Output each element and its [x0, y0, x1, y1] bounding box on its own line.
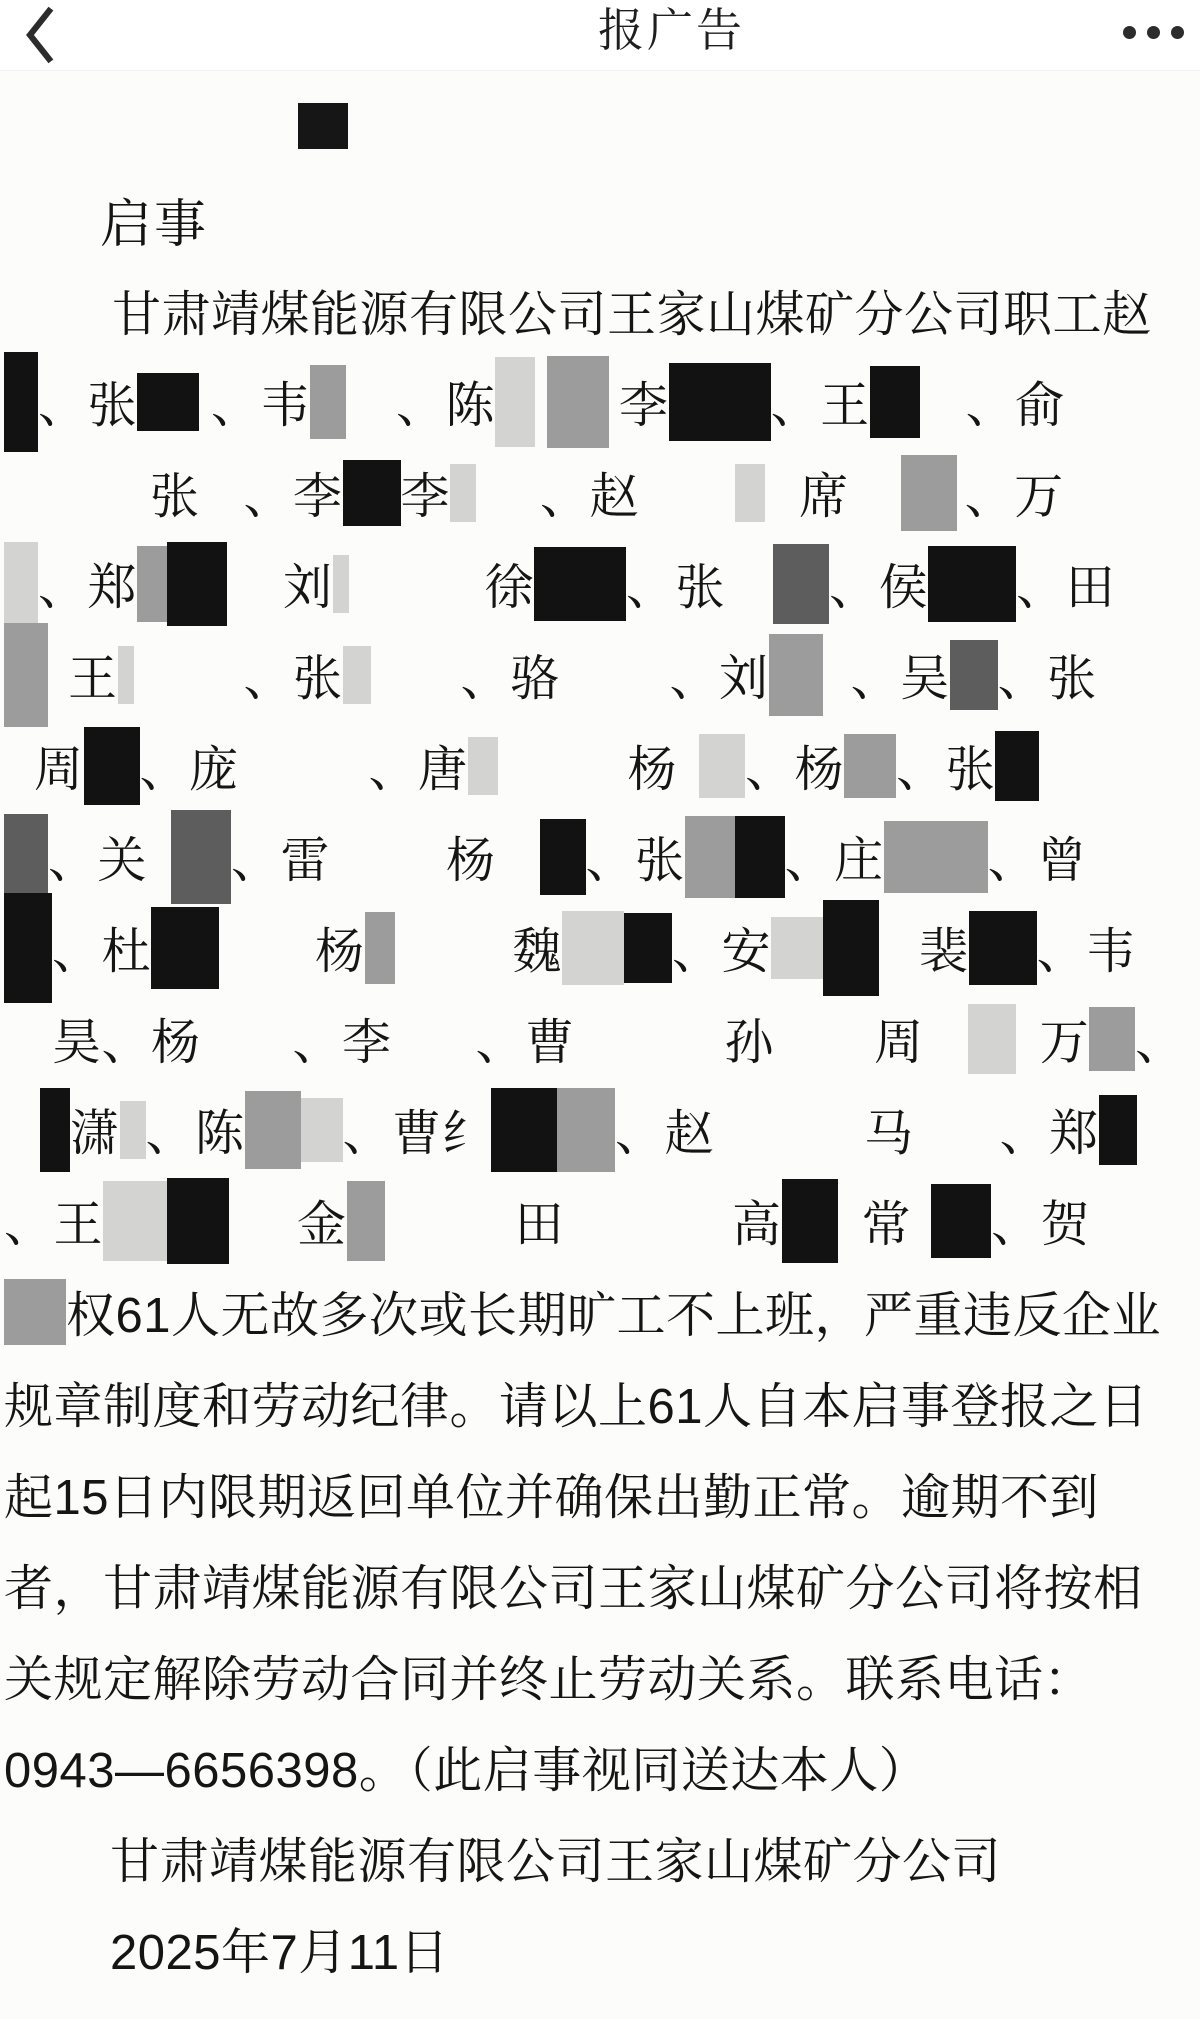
redaction-box: [491, 1088, 557, 1172]
redaction-box: [167, 542, 227, 626]
redaction-box: [562, 911, 624, 985]
redaction-box: [137, 373, 199, 431]
notice-text: 、唐: [369, 731, 468, 801]
redaction-box: [298, 103, 348, 149]
names-line-6: 、关、雷杨、张、庄、曾: [4, 811, 1200, 902]
notice-text: 、庄: [785, 822, 884, 892]
names-line-2: 张、李李、赵席、万: [4, 447, 1200, 538]
notice-text: 周: [34, 731, 84, 801]
notice-text: 、贺: [991, 1186, 1090, 1256]
ellipsis-icon: [1147, 26, 1160, 39]
redaction-box: [884, 821, 988, 893]
redaction-box: [245, 1091, 301, 1169]
notice-text: 、张: [38, 367, 137, 437]
body-line-6: 0943—6656398。（此启事视同送达本人）: [4, 1721, 1200, 1812]
redaction-box: [624, 913, 672, 983]
notice-text: 张: [150, 458, 200, 528]
notice-text: 、庞: [140, 731, 239, 801]
notice-text: 、侯: [829, 549, 928, 619]
redaction-box: [928, 546, 1016, 622]
notice-text: 、万: [965, 458, 1064, 528]
redaction-box: [870, 366, 920, 438]
notice-text: 、陈: [396, 367, 495, 437]
notice-text: 、骆: [461, 640, 560, 710]
redaction-box: [4, 1279, 66, 1345]
redaction-box: [735, 816, 785, 898]
page-title: 报广告: [598, 4, 745, 56]
navbar: 报广告: [0, 0, 1200, 70]
notice-text: 2025年7月11日: [110, 1914, 449, 1984]
notice-text: 杨: [315, 913, 365, 983]
redaction-box: [669, 363, 771, 441]
redaction-box: [540, 819, 586, 895]
redaction-box: [4, 542, 38, 626]
notice-text: 刘: [283, 549, 333, 619]
redaction-box: [120, 1101, 146, 1159]
redaction-box: [103, 1181, 167, 1261]
names-line-4: 王、张、骆、刘、吴、张: [4, 629, 1200, 720]
redaction-box: [901, 455, 957, 531]
notice-text: 起15日内限期返回单位并确保出勤正常。逾期不到: [4, 1459, 1099, 1529]
names-line-7: 、杜杨魏、安裴、韦: [4, 902, 1200, 993]
screen: 报广告 启事 甘肃靖煤能源有限公司王家山煤矿分公司职工赵、张、韦、陈李、王、俞张…: [0, 0, 1200, 2020]
notice-text: 、张: [244, 640, 343, 710]
notice-text: 、关: [48, 822, 147, 892]
notice-text: 、曹: [476, 1004, 575, 1074]
notice-text: 、杜: [52, 913, 151, 983]
redaction-box: [931, 1184, 991, 1258]
notice-text: 关规定解除劳动合同并终止劳动关系。联系电话：: [4, 1641, 1093, 1711]
notice-text: 、张: [998, 640, 1097, 710]
notice-text: 、曾: [988, 822, 1087, 892]
redaction-box: [782, 1179, 838, 1263]
redaction-box: [310, 365, 346, 439]
notice-text: 李: [401, 458, 451, 528]
notice-text: 潇: [70, 1095, 120, 1165]
redaction-box: [699, 734, 745, 798]
notice-text: 席: [799, 458, 849, 528]
redaction-box: [301, 1098, 343, 1162]
notice-text: 、李: [293, 1004, 392, 1074]
redaction-box: [771, 917, 823, 979]
notice-text: 甘肃靖煤能源有限公司王家山煤矿分公司职工赵: [112, 276, 1152, 346]
notice-text: 杨: [628, 731, 678, 801]
notice-text: 金: [297, 1186, 347, 1256]
redaction-box: [773, 544, 829, 624]
redaction-box: [685, 816, 735, 898]
notice-text: 田: [515, 1186, 565, 1256]
notice-text: 、曹纟: [343, 1095, 492, 1165]
redaction-box: [137, 546, 167, 622]
notice-text: 周: [874, 1004, 924, 1074]
notice-text: 、俞: [966, 367, 1065, 437]
chevron-left-icon: [20, 4, 60, 66]
redaction-box: [171, 810, 231, 904]
body-line-5: 关规定解除劳动合同并终止劳动关系。联系电话：: [4, 1630, 1200, 1721]
redaction-box: [333, 555, 349, 613]
notice-text: 、张: [626, 549, 725, 619]
body-line-2: 规章制度和劳动纪律。请以上61人自本启事登报之日: [4, 1357, 1200, 1448]
redaction-box: [495, 357, 535, 447]
notice-text: 权61人无故多次或长期旷工不上班，严重违反企业: [66, 1277, 1161, 1347]
notice-text: 、王: [4, 1186, 103, 1256]
names-line-10: 、王金田高常、贺: [4, 1175, 1200, 1266]
names-line-9: 潇、陈、曹纟、赵马、郑: [4, 1084, 1200, 1175]
notice-text: 裴: [919, 913, 969, 983]
redaction-box: [468, 737, 498, 795]
notice-text: 孙: [725, 1004, 775, 1074]
signature-line: 甘肃靖煤能源有限公司王家山煤矿分公司: [110, 1812, 1200, 1903]
notice-text: 昊、杨: [52, 1004, 201, 1074]
notice-text: 、李: [244, 458, 343, 528]
notice-text: 徐: [485, 549, 535, 619]
redaction-box: [4, 893, 52, 1003]
notice-text: 、郑: [38, 549, 137, 619]
notice-text: 、赵: [615, 1095, 714, 1165]
notice-text: 、韦: [1037, 913, 1136, 983]
notice-text: 、郑: [1000, 1095, 1099, 1165]
ellipsis-icon: [1171, 26, 1184, 39]
body-line-4: 者，甘肃靖煤能源有限公司王家山煤矿分公司将按相: [4, 1539, 1200, 1630]
redaction-box: [557, 1088, 615, 1172]
redaction-box: [534, 547, 626, 621]
body-line-1: 权61人无故多次或长期旷工不上班，严重违反企业: [4, 1266, 1200, 1357]
notice-text: 0943—6656398。（此启事视同送达本人）: [4, 1732, 928, 1802]
notice-image: 启事 甘肃靖煤能源有限公司王家山煤矿分公司职工赵、张、韦、陈李、王、俞张、李李、…: [0, 70, 1200, 2019]
redaction-box: [4, 352, 38, 452]
redaction-box: [950, 640, 998, 710]
redaction-box: [84, 727, 140, 805]
redaction-box: [4, 814, 48, 900]
notice-heading: 启事: [100, 174, 1200, 265]
notice-text: 高: [732, 1186, 782, 1256]
notice-text: 甘肃靖煤能源有限公司王家山煤矿分公司: [110, 1823, 1001, 1893]
notice-text: 、张: [586, 822, 685, 892]
names-line-8: 昊、杨、李、曹孙周万、: [4, 993, 1200, 1084]
notice-text: 杨: [446, 822, 496, 892]
notice-text: 、陈: [146, 1095, 245, 1165]
names-line-5: 周、庞、唐杨、杨、张: [4, 720, 1200, 811]
redaction-box: [40, 1088, 70, 1172]
date-line: 2025年7月11日: [110, 1903, 1200, 1994]
notice-text: 、雷: [231, 822, 330, 892]
redaction-box: [450, 464, 476, 522]
notice-text: 、刘: [670, 640, 769, 710]
names-line-3: 、郑刘徐、张、侯、田: [4, 538, 1200, 629]
redaction-box: [1089, 1007, 1135, 1071]
notice-text: 、: [1135, 1004, 1185, 1074]
more-button[interactable]: [1123, 22, 1184, 42]
notice-text: 规章制度和劳动纪律。请以上61人自本启事登报之日: [4, 1368, 1149, 1438]
notice-body: 甘肃靖煤能源有限公司王家山煤矿分公司职工赵、张、韦、陈李、王、俞张、李李、赵席、…: [0, 265, 1200, 1994]
notice-text: 魏: [513, 913, 563, 983]
notice-text: 、赵: [540, 458, 639, 528]
redaction-box: [769, 634, 823, 716]
notice-text: 、吴: [851, 640, 950, 710]
names-line-1: 、张、韦、陈李、王、俞: [4, 356, 1200, 447]
redaction-box: [547, 356, 609, 448]
notice-text: 王: [68, 640, 118, 710]
notice-text: 、王: [771, 367, 870, 437]
notice-text: 者，甘肃靖煤能源有限公司王家山煤矿分公司将按相: [4, 1550, 1143, 1620]
redaction-box: [844, 734, 896, 798]
notice-text: 万: [1040, 1004, 1090, 1074]
redaction-box: [167, 1178, 229, 1264]
notice-text: 、杨: [745, 731, 844, 801]
redaction-box: [969, 911, 1037, 985]
notice-text: 、安: [672, 913, 771, 983]
redaction-box: [4, 623, 48, 727]
redaction-box: [823, 900, 879, 996]
redaction-box: [347, 1181, 385, 1261]
notice-text: 、张: [896, 731, 995, 801]
redaction-box: [365, 912, 395, 984]
redaction-box: [968, 1004, 1016, 1074]
intro-line: 甘肃靖煤能源有限公司王家山煤矿分公司职工赵: [112, 265, 1200, 356]
body-line-3: 起15日内限期返回单位并确保出勤正常。逾期不到: [4, 1448, 1200, 1539]
ellipsis-icon: [1123, 26, 1136, 39]
redaction-box: [118, 646, 134, 704]
redaction-box: [995, 731, 1039, 801]
redaction-box: [151, 907, 219, 989]
redaction-box: [343, 460, 401, 526]
redaction-box: [735, 464, 765, 522]
notice-text: 马: [864, 1095, 914, 1165]
notice-text: 常: [862, 1186, 912, 1256]
back-button[interactable]: [14, 2, 66, 68]
notice-text: 、韦: [211, 367, 310, 437]
redaction-box: [343, 646, 371, 704]
notice-text: 李: [619, 367, 669, 437]
notice-text: 、田: [1016, 549, 1115, 619]
redaction-box: [1099, 1095, 1137, 1165]
